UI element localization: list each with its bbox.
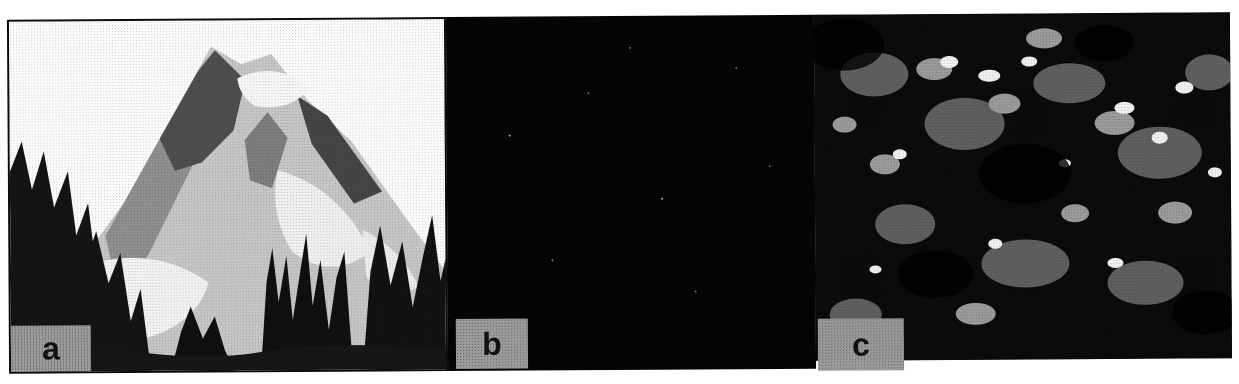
- panel-a-label-letter: a: [42, 332, 60, 364]
- panel-a-photo: a: [7, 17, 448, 374]
- photo-speck: [695, 291, 697, 293]
- photo-speck: [769, 165, 771, 167]
- photo-speck: [587, 92, 589, 94]
- panel-b-photo: b: [446, 15, 816, 371]
- scanned-figure-page: a b: [0, 0, 1239, 384]
- photo-speck: [661, 198, 663, 200]
- photo-speck: [629, 47, 631, 49]
- photo-speck: [735, 67, 737, 69]
- vegetation-texture-graphic: [814, 12, 1232, 361]
- panel-c-label-letter: c: [852, 328, 870, 360]
- three-panel-photo-strip: a b: [7, 12, 1232, 373]
- mountain-scene-graphic: [9, 19, 446, 372]
- panel-c-label: c: [818, 318, 904, 371]
- panel-c-photo: c: [814, 12, 1232, 361]
- photo-speck: [551, 259, 553, 261]
- photo-speck: [509, 135, 511, 137]
- panel-b-label: b: [456, 319, 528, 369]
- panel-a-label: a: [11, 325, 91, 371]
- panel-b-label-letter: b: [482, 328, 502, 360]
